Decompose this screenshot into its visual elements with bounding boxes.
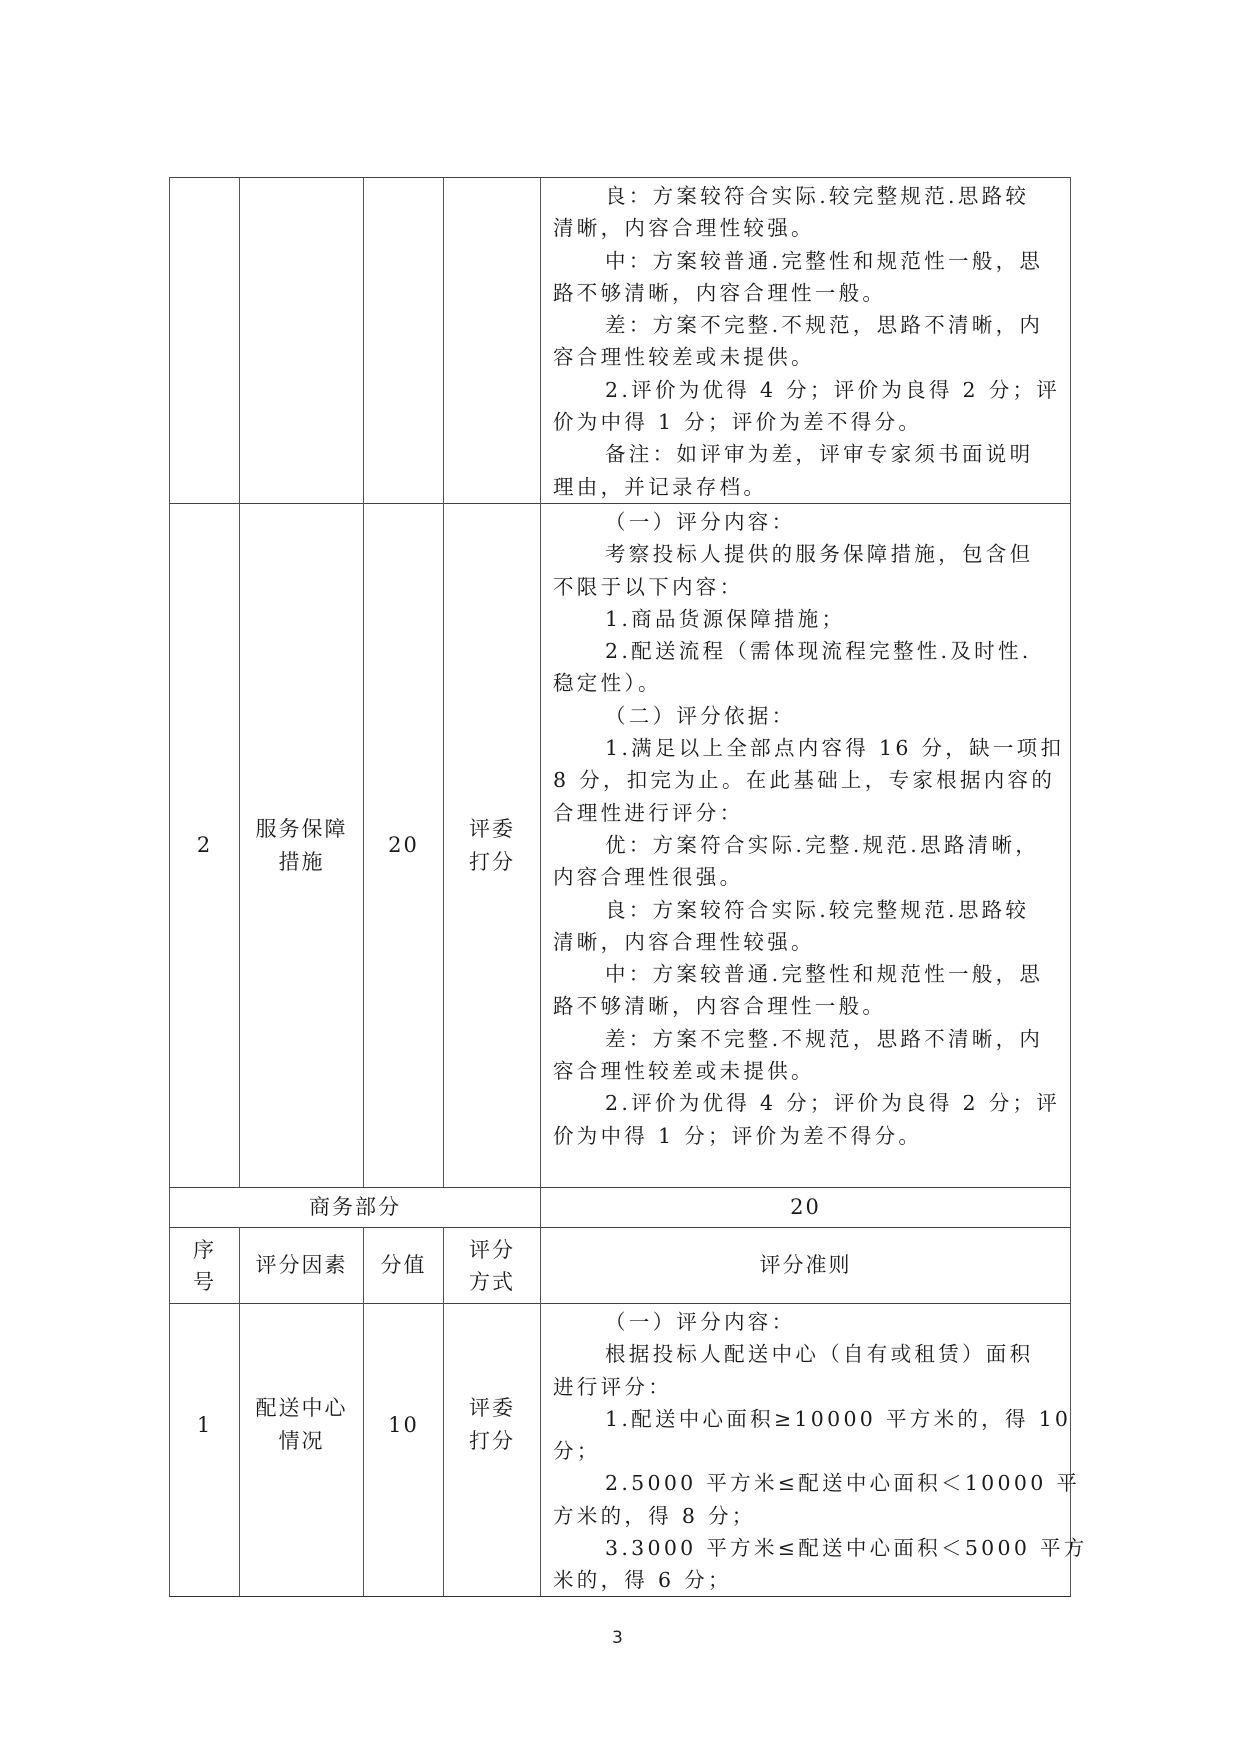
header-method-line: 评分 <box>469 1234 515 1266</box>
criteria-line: 良：方案较符合实际.较完整规范.思路较 <box>553 180 1064 212</box>
method-cell <box>443 177 540 503</box>
section-label-cell: 商务部分 <box>169 1187 540 1227</box>
criteria-cell: 良：方案较符合实际.较完整规范.思路较 清晰，内容合理性较强。 中：方案较普通.… <box>540 177 1071 503</box>
criteria-line: 2.5000 平方米≤配送中心面积＜10000 平 <box>553 1467 1064 1499</box>
score-cell <box>363 177 443 503</box>
table-row-continuation: 良：方案较符合实际.较完整规范.思路较 清晰，内容合理性较强。 中：方案较普通.… <box>169 177 1071 503</box>
table-header-row: 序 号 评分因素 分值 评分 方式 评分准则 <box>169 1227 1071 1303</box>
criteria-line: 差：方案不完整.不规范，思路不清晰，内 <box>553 309 1064 341</box>
factor-cell <box>239 177 363 503</box>
score-value: 10 <box>388 1409 419 1442</box>
method-cell: 评委 打分 <box>443 1303 540 1596</box>
criteria-line: 路不够清晰，内容合理性一般。 <box>553 990 1064 1022</box>
header-score-label: 分值 <box>381 1249 427 1282</box>
criteria-line: 理由，并记录存档。 <box>553 471 1064 503</box>
method-line: 打分 <box>469 1425 515 1458</box>
factor-line: 配送中心 <box>256 1392 348 1425</box>
criteria-line: 优：方案符合实际.完整.规范.思路清晰， <box>553 829 1064 861</box>
criteria-line: 方米的，得 8 分； <box>553 1500 1064 1532</box>
criteria-line: 内容合理性很强。 <box>553 861 1064 893</box>
criteria-line: 路不够清晰，内容合理性一般。 <box>553 277 1064 309</box>
criteria-line: 容合理性较差或未提供。 <box>553 1055 1064 1087</box>
criteria-line: 分； <box>553 1435 1064 1467</box>
section-row-business: 商务部分 20 <box>169 1187 1071 1227</box>
criteria-cell: （一）评分内容： 根据投标人配送中心（自有或租赁）面积 进行评分： 1.配送中心… <box>540 1303 1071 1596</box>
criteria-line: 清晰，内容合理性较强。 <box>553 212 1064 244</box>
header-criteria: 评分准则 <box>540 1227 1071 1303</box>
seq-value: 2 <box>197 829 212 862</box>
criteria-line: 考察投标人提供的服务保障措施，包含但 <box>553 538 1064 570</box>
criteria-line: 1.商品货源保障措施； <box>553 603 1064 635</box>
criteria-line: 容合理性较差或未提供。 <box>553 341 1064 373</box>
factor-line: 措施 <box>279 846 325 879</box>
section-total-cell: 20 <box>540 1187 1071 1227</box>
score-cell: 10 <box>363 1303 443 1596</box>
header-method: 评分 方式 <box>443 1227 540 1303</box>
criteria-line: 根据投标人配送中心（自有或租赁）面积 <box>553 1338 1064 1370</box>
score-value: 20 <box>388 829 419 862</box>
criteria-line: 1.配送中心面积≥10000 平方米的，得 10 <box>553 1403 1064 1435</box>
criteria-line: （二）评分依据： <box>553 700 1064 732</box>
header-method-line: 方式 <box>469 1266 515 1298</box>
factor-line: 服务保障 <box>256 813 348 846</box>
method-cell: 评委 打分 <box>443 503 540 1187</box>
section-total: 20 <box>790 1191 821 1224</box>
criteria-line: 2.配送流程（需体现流程完整性.及时性. <box>553 635 1064 667</box>
criteria-line: 8 分，扣完为止。在此基础上，专家根据内容的 <box>553 764 1064 796</box>
criteria-line: 进行评分： <box>553 1371 1064 1403</box>
factor-line: 情况 <box>279 1425 325 1458</box>
criteria-line: 不限于以下内容： <box>553 571 1064 603</box>
criteria-line: （一）评分内容： <box>553 1306 1064 1338</box>
criteria-line: 中：方案较普通.完整性和规范性一般，思 <box>553 958 1064 990</box>
seq-cell: 1 <box>169 1303 239 1596</box>
section-label: 商务部分 <box>309 1191 401 1224</box>
table-bottom-border <box>169 1596 1071 1597</box>
criteria-line: 差：方案不完整.不规范，思路不清晰，内 <box>553 1023 1064 1055</box>
criteria-line: 1.满足以上全部点内容得 16 分，缺一项扣 <box>553 732 1064 764</box>
table-row-service-guarantee: 2 服务保障 措施 20 评委 打分 （一）评分内容： 考察投标人提供的服务保障… <box>169 503 1071 1187</box>
factor-cell: 配送中心 情况 <box>239 1303 363 1596</box>
criteria-line: 良：方案较符合实际.较完整规范.思路较 <box>553 894 1064 926</box>
seq-cell <box>169 177 239 503</box>
criteria-line: 2.评价为优得 4 分；评价为良得 2 分；评 <box>553 1087 1064 1119</box>
factor-cell: 服务保障 措施 <box>239 503 363 1187</box>
criteria-line: 2.评价为优得 4 分；评价为良得 2 分；评 <box>553 374 1064 406</box>
page-number: 3 <box>612 1628 623 1648</box>
seq-value: 1 <box>197 1409 212 1442</box>
criteria-line: 价为中得 1 分；评价为差不得分。 <box>553 406 1064 438</box>
criteria-cell: （一）评分内容： 考察投标人提供的服务保障措施，包含但 不限于以下内容： 1.商… <box>540 503 1071 1187</box>
criteria-line: 清晰，内容合理性较强。 <box>553 926 1064 958</box>
criteria-line: 备注：如评审为差，评审专家须书面说明 <box>553 438 1064 470</box>
header-seq: 序 号 <box>169 1227 239 1303</box>
table-row-distribution-center: 1 配送中心 情况 10 评委 打分 （一）评分内容： 根据投标人配送中心（自有… <box>169 1303 1071 1596</box>
criteria-line: 价为中得 1 分；评价为差不得分。 <box>553 1120 1064 1152</box>
method-line: 打分 <box>469 846 515 879</box>
header-criteria-label: 评分准则 <box>760 1249 852 1282</box>
header-factor: 评分因素 <box>239 1227 363 1303</box>
header-seq-line: 序 <box>193 1234 216 1266</box>
criteria-line: 合理性进行评分： <box>553 797 1064 829</box>
score-cell: 20 <box>363 503 443 1187</box>
seq-cell: 2 <box>169 503 239 1187</box>
criteria-line: 中：方案较普通.完整性和规范性一般，思 <box>553 245 1064 277</box>
header-seq-line: 号 <box>193 1266 216 1298</box>
method-line: 评委 <box>469 813 515 846</box>
criteria-line: （一）评分内容： <box>553 506 1064 538</box>
criteria-line: 稳定性）。 <box>553 667 1064 699</box>
criteria-line: 3.3000 平方米≤配送中心面积＜5000 平方 <box>553 1532 1064 1564</box>
method-line: 评委 <box>469 1392 515 1425</box>
criteria-line: 米的，得 6 分； <box>553 1564 1064 1596</box>
header-factor-label: 评分因素 <box>256 1249 348 1282</box>
header-score: 分值 <box>363 1227 443 1303</box>
